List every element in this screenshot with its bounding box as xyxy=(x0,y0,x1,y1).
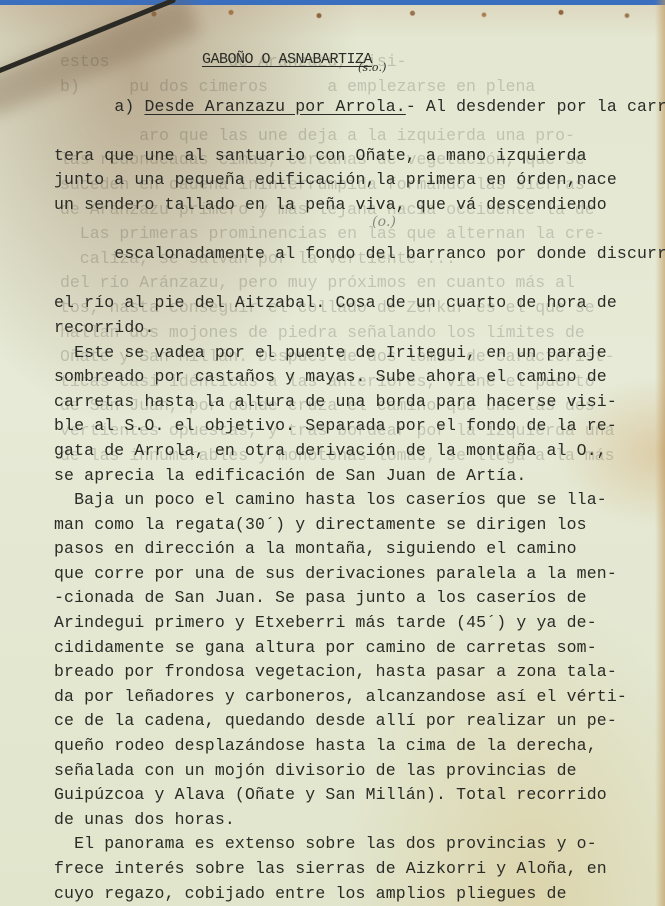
text-line: un sendero tallado en la peña viva, que … xyxy=(54,193,664,218)
section-a-line-0: - Al desdender por la carre- xyxy=(406,97,665,116)
text-line: escalonadamente al fondo del barranco po… xyxy=(114,244,665,263)
text-line: de unas dos horas. xyxy=(54,808,664,833)
text-line-with-annotation: (o.)escalonadamente al fondo del barranc… xyxy=(54,218,664,292)
body-paragraphs: Este se vadea por el puente de Iritegui,… xyxy=(54,341,664,906)
section-a-heading: Desde Aranzazu por Arrola. xyxy=(144,97,405,116)
text-line: el río al pie del Aitzabal. Cosa de un c… xyxy=(54,291,664,316)
text-line: recorrido. xyxy=(54,316,664,341)
text-line: breado por frondosa vegetacion, hasta pa… xyxy=(54,660,664,685)
text-line: que corre por una de sus derivaciones pa… xyxy=(54,562,664,587)
scanned-page: estos de Aránzazu, visi-b) pu dos cimero… xyxy=(0,0,665,906)
text-line: Este se vadea por el puente de Iritegui,… xyxy=(54,341,664,366)
text-line: gata de Arrola, en otra derivación de la… xyxy=(54,439,664,464)
window-edge xyxy=(0,0,665,5)
text-line: Baja un poco el camino hasta los caserío… xyxy=(54,488,664,513)
text-line: queño rodeo desplazándose hasta la cima … xyxy=(54,734,664,759)
text-line: ce de la cadena, quedando desde allí por… xyxy=(54,709,664,734)
handwritten-annotation-o: (o.) xyxy=(372,210,396,235)
text-line: se aprecia la edificación de San Juan de… xyxy=(54,464,664,489)
text-line: junto a una pequeña edificación,la prime… xyxy=(54,168,664,193)
typewritten-document: GABOÑO O ASNABARTIZA (s.o.)a) Desde Aran… xyxy=(54,48,664,906)
text-line: -cionada de San Juan. Se pasa junto a lo… xyxy=(54,586,664,611)
section-a-first-line: (s.o.)a) Desde Aranzazu por Arrola.- Al … xyxy=(54,70,664,144)
paragraph: Baja un poco el camino hasta los caserío… xyxy=(54,488,664,832)
handwritten-annotation-so: (s.o.) xyxy=(358,56,387,81)
text-line: El panorama es extenso sobre las dos pro… xyxy=(54,832,664,857)
text-line: ble al S.O. el objetivo. Separada por el… xyxy=(54,414,664,439)
text-line: frece interés sobre las sierras de Aizko… xyxy=(54,857,664,882)
text-line: Guipúzcoa y Alava (Oñate y San Millán). … xyxy=(54,783,664,808)
text-line: tera que une al santuario con Oñate, a m… xyxy=(54,144,664,169)
section-a-prefix: a) xyxy=(114,97,144,116)
text-line: cuyo regazo, cobijado entre los amplios … xyxy=(54,882,664,906)
paragraph: Este se vadea por el puente de Iritegui,… xyxy=(54,341,664,489)
text-line: pasos en dirección a la montaña, siguien… xyxy=(54,537,664,562)
text-line: da por leñadores y carboneros, alcanzand… xyxy=(54,685,664,710)
text-line: sombreado por castaños y mayas. Sube aho… xyxy=(54,365,664,390)
text-line: señalada con un mojón divisorio de las p… xyxy=(54,759,664,784)
text-line: carretas hasta la altura de una borda pa… xyxy=(54,390,664,415)
paragraph: El panorama es extenso sobre las dos pro… xyxy=(54,832,664,906)
text-line: man como la regata(30´) y directamente s… xyxy=(54,513,664,538)
text-line: Arindegui primero y Etxeberri más tarde … xyxy=(54,611,664,636)
text-line: cididamente se gana altura por camino de… xyxy=(54,636,664,661)
document-title: GABOÑO O ASNABARTIZA xyxy=(202,48,372,73)
